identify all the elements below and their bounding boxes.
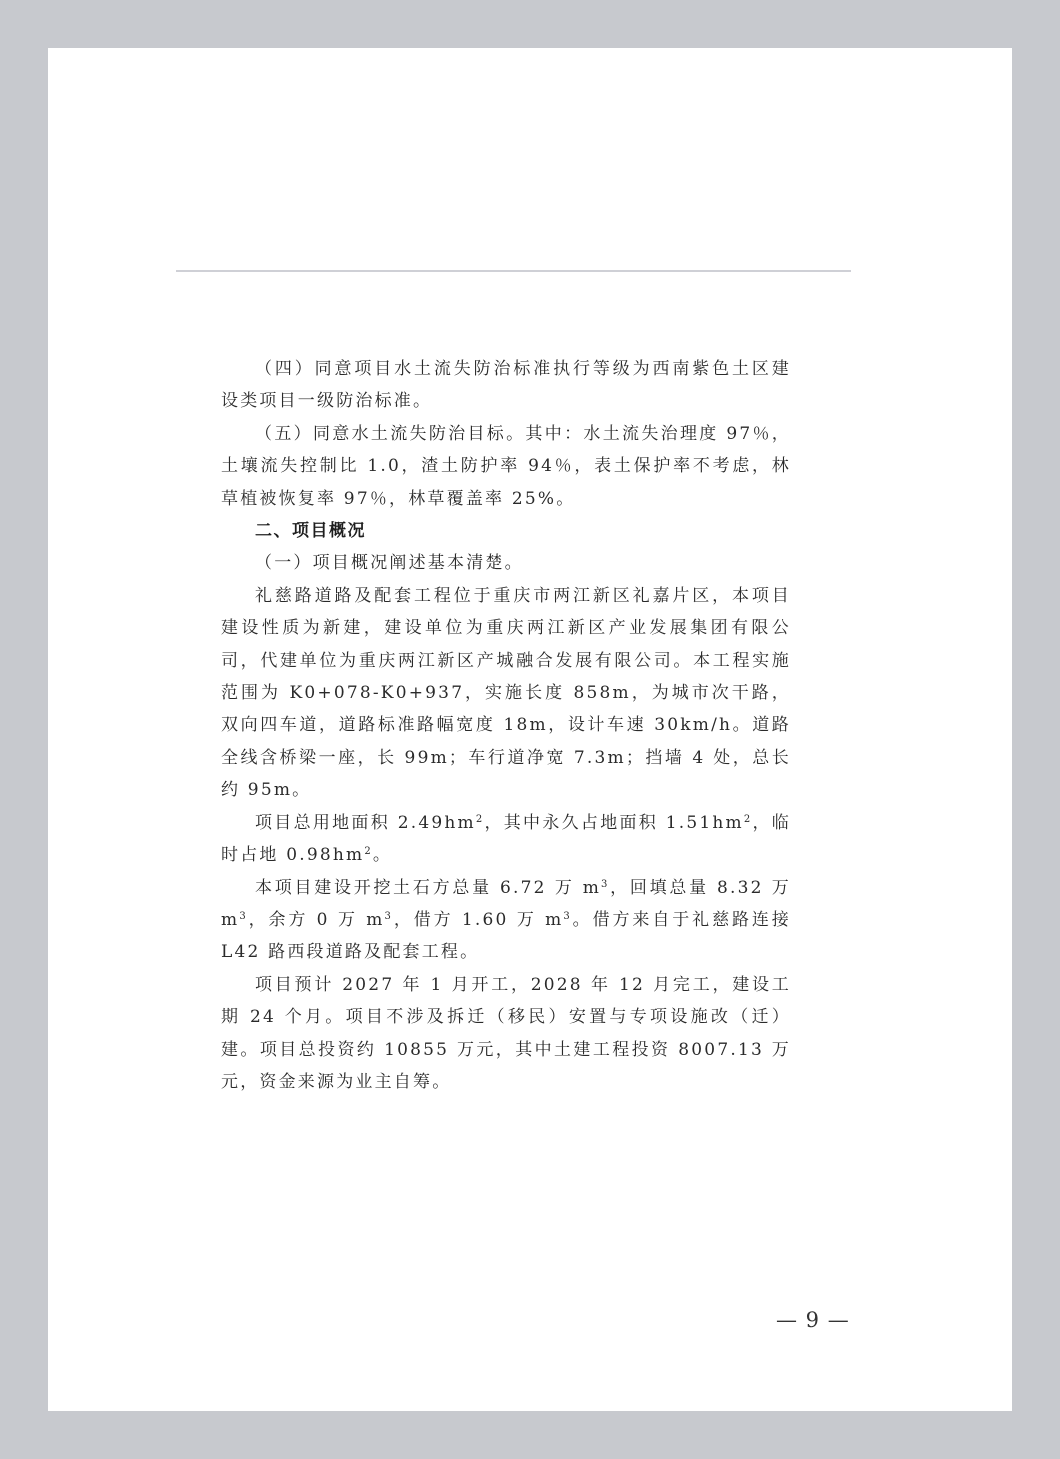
document-page: （四）同意项目水土流失防治标准执行等级为西南紫色土区建设类项目一级防治标准。 （… <box>48 48 1012 1411</box>
paragraph-land-area: 项目总用地面积 2.49hm2，其中永久占地面积 1.51hm2，临时占地 0.… <box>221 807 791 872</box>
paragraph-schedule-investment: 项目预计 2027 年 1 月开工，2028 年 12 月完工，建设工期 24 … <box>221 969 791 1099</box>
header-divider <box>176 270 851 272</box>
paragraph-project-description: 礼慈路道路及配套工程位于重庆市两江新区礼嘉片区，本项目建设性质为新建，建设单位为… <box>221 580 791 807</box>
superscript-2: 2 <box>364 846 373 857</box>
superscript-3: 3 <box>601 879 610 890</box>
land-area-text-d: 。 <box>373 845 392 865</box>
earthwork-text-a: 本项目建设开挖土石方总量 6.72 万 m <box>255 878 601 898</box>
paragraph-overview-summary: （一）项目概况阐述基本清楚。 <box>221 547 791 579</box>
paragraph-earthwork: 本项目建设开挖土石方总量 6.72 万 m3，回填总量 8.32 万 m3，余方… <box>221 872 791 969</box>
earthwork-text-c: ，余方 0 万 m <box>248 910 385 930</box>
document-body: （四）同意项目水土流失防治标准执行等级为西南紫色土区建设类项目一级防治标准。 （… <box>221 353 791 1098</box>
page-number: — 9 — <box>776 1308 850 1332</box>
superscript-3: 3 <box>563 911 572 922</box>
superscript-3: 3 <box>239 911 248 922</box>
paragraph-soil-targets: （五）同意水土流失防治目标。其中：水土流失治理度 97％，土壤流失控制比 1.0… <box>221 418 791 515</box>
section-heading-project-overview: 二、项目概况 <box>221 515 791 547</box>
superscript-3: 3 <box>385 911 394 922</box>
land-area-text-a: 项目总用地面积 2.49hm <box>255 813 476 833</box>
earthwork-text-d: ，借方 1.60 万 m <box>393 910 563 930</box>
land-area-text-b: ，其中永久占地面积 1.51hm <box>484 813 743 833</box>
paragraph-soil-standard: （四）同意项目水土流失防治标准执行等级为西南紫色土区建设类项目一级防治标准。 <box>221 353 791 418</box>
